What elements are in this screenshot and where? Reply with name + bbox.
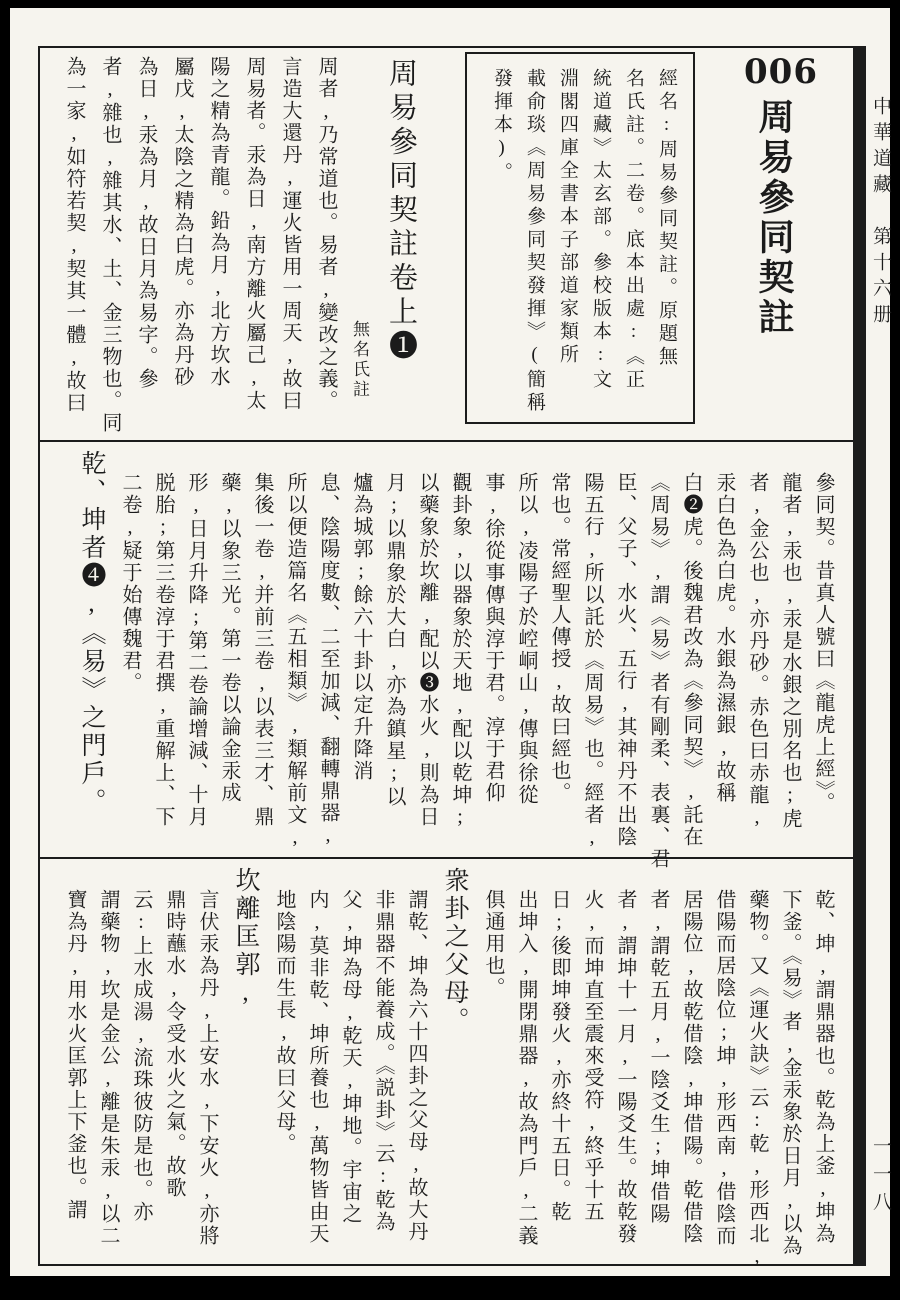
text-column: 以藥象於坎離,配以❸水火,則為日: [410, 446, 443, 853]
colophon-column: 名氏註。二卷。底本出處:《正: [617, 66, 650, 410]
text-column: 屬戊,太陰之精為白虎。亦為丹砂: [164, 54, 200, 434]
content-frame: 006 周易參同契註 經名:周易參同契註。原題無名氏註。二卷。底本出處:《正統道…: [38, 46, 866, 1266]
doc-title: 周易參同契註: [744, 98, 804, 338]
text-column: 脱胎;第三卷淳于君撰,重解上、下: [146, 446, 179, 853]
text-column: 者,謂乾五月,一陰爻生;坤借陽: [641, 863, 674, 1260]
text-column: 陽之精為青龍。鉛為月,北方坎水: [200, 54, 236, 434]
text-column: 為日,汞為月,故日月為易字。參: [128, 54, 164, 434]
volume-title-column: 周易參同契註卷上❶: [374, 54, 428, 434]
colophon-column: 淵閣四庫全書本子部道家類所: [551, 66, 584, 410]
text-column: 下釜。《易》者,金汞象於日月,以為: [773, 863, 806, 1260]
text-column: 居陽位,故乾借陰,坤借陽。乾借陰: [674, 863, 707, 1260]
top-text-block: 周易參同契註卷上❶ 無名氏註 周者,乃常道也。易者,變改之義。言造大還丹,運火皆…: [46, 48, 428, 440]
text-column: 謂乾、坤為六十四卦之父母,故大丹: [399, 863, 432, 1260]
text-column: 乾、坤,謂鼎器也。乾為上釜,坤為: [806, 863, 839, 1260]
paper: 中華道藏 第十六册 一一八 006 周易參同契註 經名:周易參同契註。原題無名氏…: [10, 8, 890, 1276]
text-column: 衆卦之父母。: [432, 863, 476, 1260]
author-column: 無名氏註: [344, 54, 374, 434]
text-column: 為一家,如符若契,契其一體,故曰: [56, 54, 92, 434]
doc-title-block: 006 周易參同契註: [744, 50, 808, 338]
text-column: 父,坤為母,乾天,坤地。宇宙之: [333, 863, 366, 1260]
colophon-column: 發揮本)。: [485, 66, 518, 410]
text-column: 乾、坤者❹,《易》之門戶。: [69, 446, 113, 853]
text-column: 日;後即坤發火,亦終十五日。乾: [542, 863, 575, 1260]
text-column: 汞白色為白虎。水銀為濕銀,故稱: [707, 446, 740, 853]
text-column: 周易者。汞為日,南方離火屬己,太: [236, 54, 272, 434]
text-column: 事,徐從事傳與淳于君。淳于君仰: [476, 446, 509, 853]
text-column: 常也。常經聖人傳授,故曰經也。: [542, 446, 575, 853]
text-column: 火,而坤直至震來受符,終乎十五: [575, 863, 608, 1260]
text-column: 白❷虎。後魏君改為《參同契》,託在: [674, 446, 707, 853]
text-column: 參同契。昔真人號曰《龍虎上經》。: [806, 446, 839, 853]
scanned-book-page: { "page": { "doc_number": "006", "doc_ti…: [0, 0, 900, 1300]
text-column: 《周易》,謂《易》者有剛柔、表裏、君: [641, 446, 674, 853]
text-column: 云:上水成湯,流珠彼防是也。亦: [124, 863, 157, 1260]
register-bottom: 乾、坤,謂鼎器也。乾為上釜,坤為下釜。《易》者,金汞象於日月,以為藥物。又《運火…: [40, 859, 853, 1264]
page-number: 一一八: [868, 1136, 892, 1220]
text-column: 言伏汞為丹,上安水,下安火,亦將: [190, 863, 223, 1260]
text-column: 臣、父子、水火、五行,其神丹不出陰: [608, 446, 641, 853]
text-column: 者,金公也,亦丹砂。赤色曰赤龍,: [740, 446, 773, 853]
text-column: 鼎時蘸水,令受水火之氣。故歌: [157, 863, 190, 1260]
text-column: 陽五行,所以託於《周易》也。經者,: [575, 446, 608, 853]
colophon-column: 載俞琰《周易參同契發揮》(簡稱: [518, 66, 551, 410]
middle-text-block: 參同契。昔真人號曰《龍虎上經》。龍者,汞也,汞是水銀之別名也;虎者,金公也,亦丹…: [40, 442, 853, 857]
register-top: 006 周易參同契註 經名:周易參同契註。原題無名氏註。二卷。底本出處:《正統道…: [40, 48, 853, 440]
text-column: 所以,凌陽子於崆峒山,傳與徐從: [509, 446, 542, 853]
text-column: 藥,以象三光。第一卷以論金汞成: [212, 446, 245, 853]
colophon-box: 經名:周易參同契註。原題無名氏註。二卷。底本出處:《正統道藏》太玄部。參校版本:…: [465, 52, 695, 424]
text-column: 爐為城郭;餘六十卦以定升降消: [344, 446, 377, 853]
text-column: 二卷,疑于始傳魏君。: [113, 446, 146, 853]
text-column: 集後一卷,并前三卷,以表三才、鼎: [245, 446, 278, 853]
doc-number: 006: [744, 50, 808, 94]
text-column: 者,雜也,雜其水、土、金三物也。同: [92, 54, 128, 434]
text-column: 坎離匡郭,: [223, 863, 267, 1260]
text-column: 月;以鼎象於大白,亦為鎮星;以: [377, 446, 410, 853]
series-title: 中華道藏 第十六册: [868, 96, 892, 330]
text-column: 出坤入,開閉鼎器,故為門戶,二義: [509, 863, 542, 1260]
text-column: 謂藥物,坎是金公,離是朱汞,以二: [91, 863, 124, 1260]
text-column: 言造大還丹,運火皆用一周天,故曰: [272, 54, 308, 434]
text-column: 者,謂坤十一月,一陽爻生。故乾發: [608, 863, 641, 1260]
text-column: 觀卦象,以器象於天地,配以乾坤;: [443, 446, 476, 853]
text-column: 所以便造篇名《五相類》,類解前文,: [278, 446, 311, 853]
text-column: 非鼎器不能養成。《説卦》云:乾為: [366, 863, 399, 1260]
text-column: 地陰陽而生長,故曰父母。: [267, 863, 300, 1260]
text-column: 龍者,汞也,汞是水銀之別名也;虎: [773, 446, 806, 853]
text-column: 形,日月升降;第二卷論增減、十月: [179, 446, 212, 853]
colophon-column: 統道藏》太玄部。參校版本:文: [584, 66, 617, 410]
bottom-text-block: 乾、坤,謂鼎器也。乾為上釜,坤為下釜。《易》者,金汞象於日月,以為藥物。又《運火…: [40, 859, 853, 1264]
text-column: 俱通用也。: [476, 863, 509, 1260]
text-column: 寶為丹,用水火匡郭上下釜也。謂: [58, 863, 91, 1260]
colophon-column: 經名:周易參同契註。原題無: [650, 66, 683, 410]
text-column: 藥物。又《運火訣》云:乾,形西北,: [740, 863, 773, 1260]
text-column: 息、陰陽度數、二至加減、翻轉鼎器,: [311, 446, 344, 853]
text-column: 内,莫非乾、坤所養也,萬物皆由天: [300, 863, 333, 1260]
text-column: 借陽而居陰位;坤,形西南,借陰而: [707, 863, 740, 1260]
text-column: 周者,乃常道也。易者,變改之義。: [308, 54, 344, 434]
register-middle: 參同契。昔真人號曰《龍虎上經》。龍者,汞也,汞是水銀之別名也;虎者,金公也,亦丹…: [40, 442, 853, 857]
